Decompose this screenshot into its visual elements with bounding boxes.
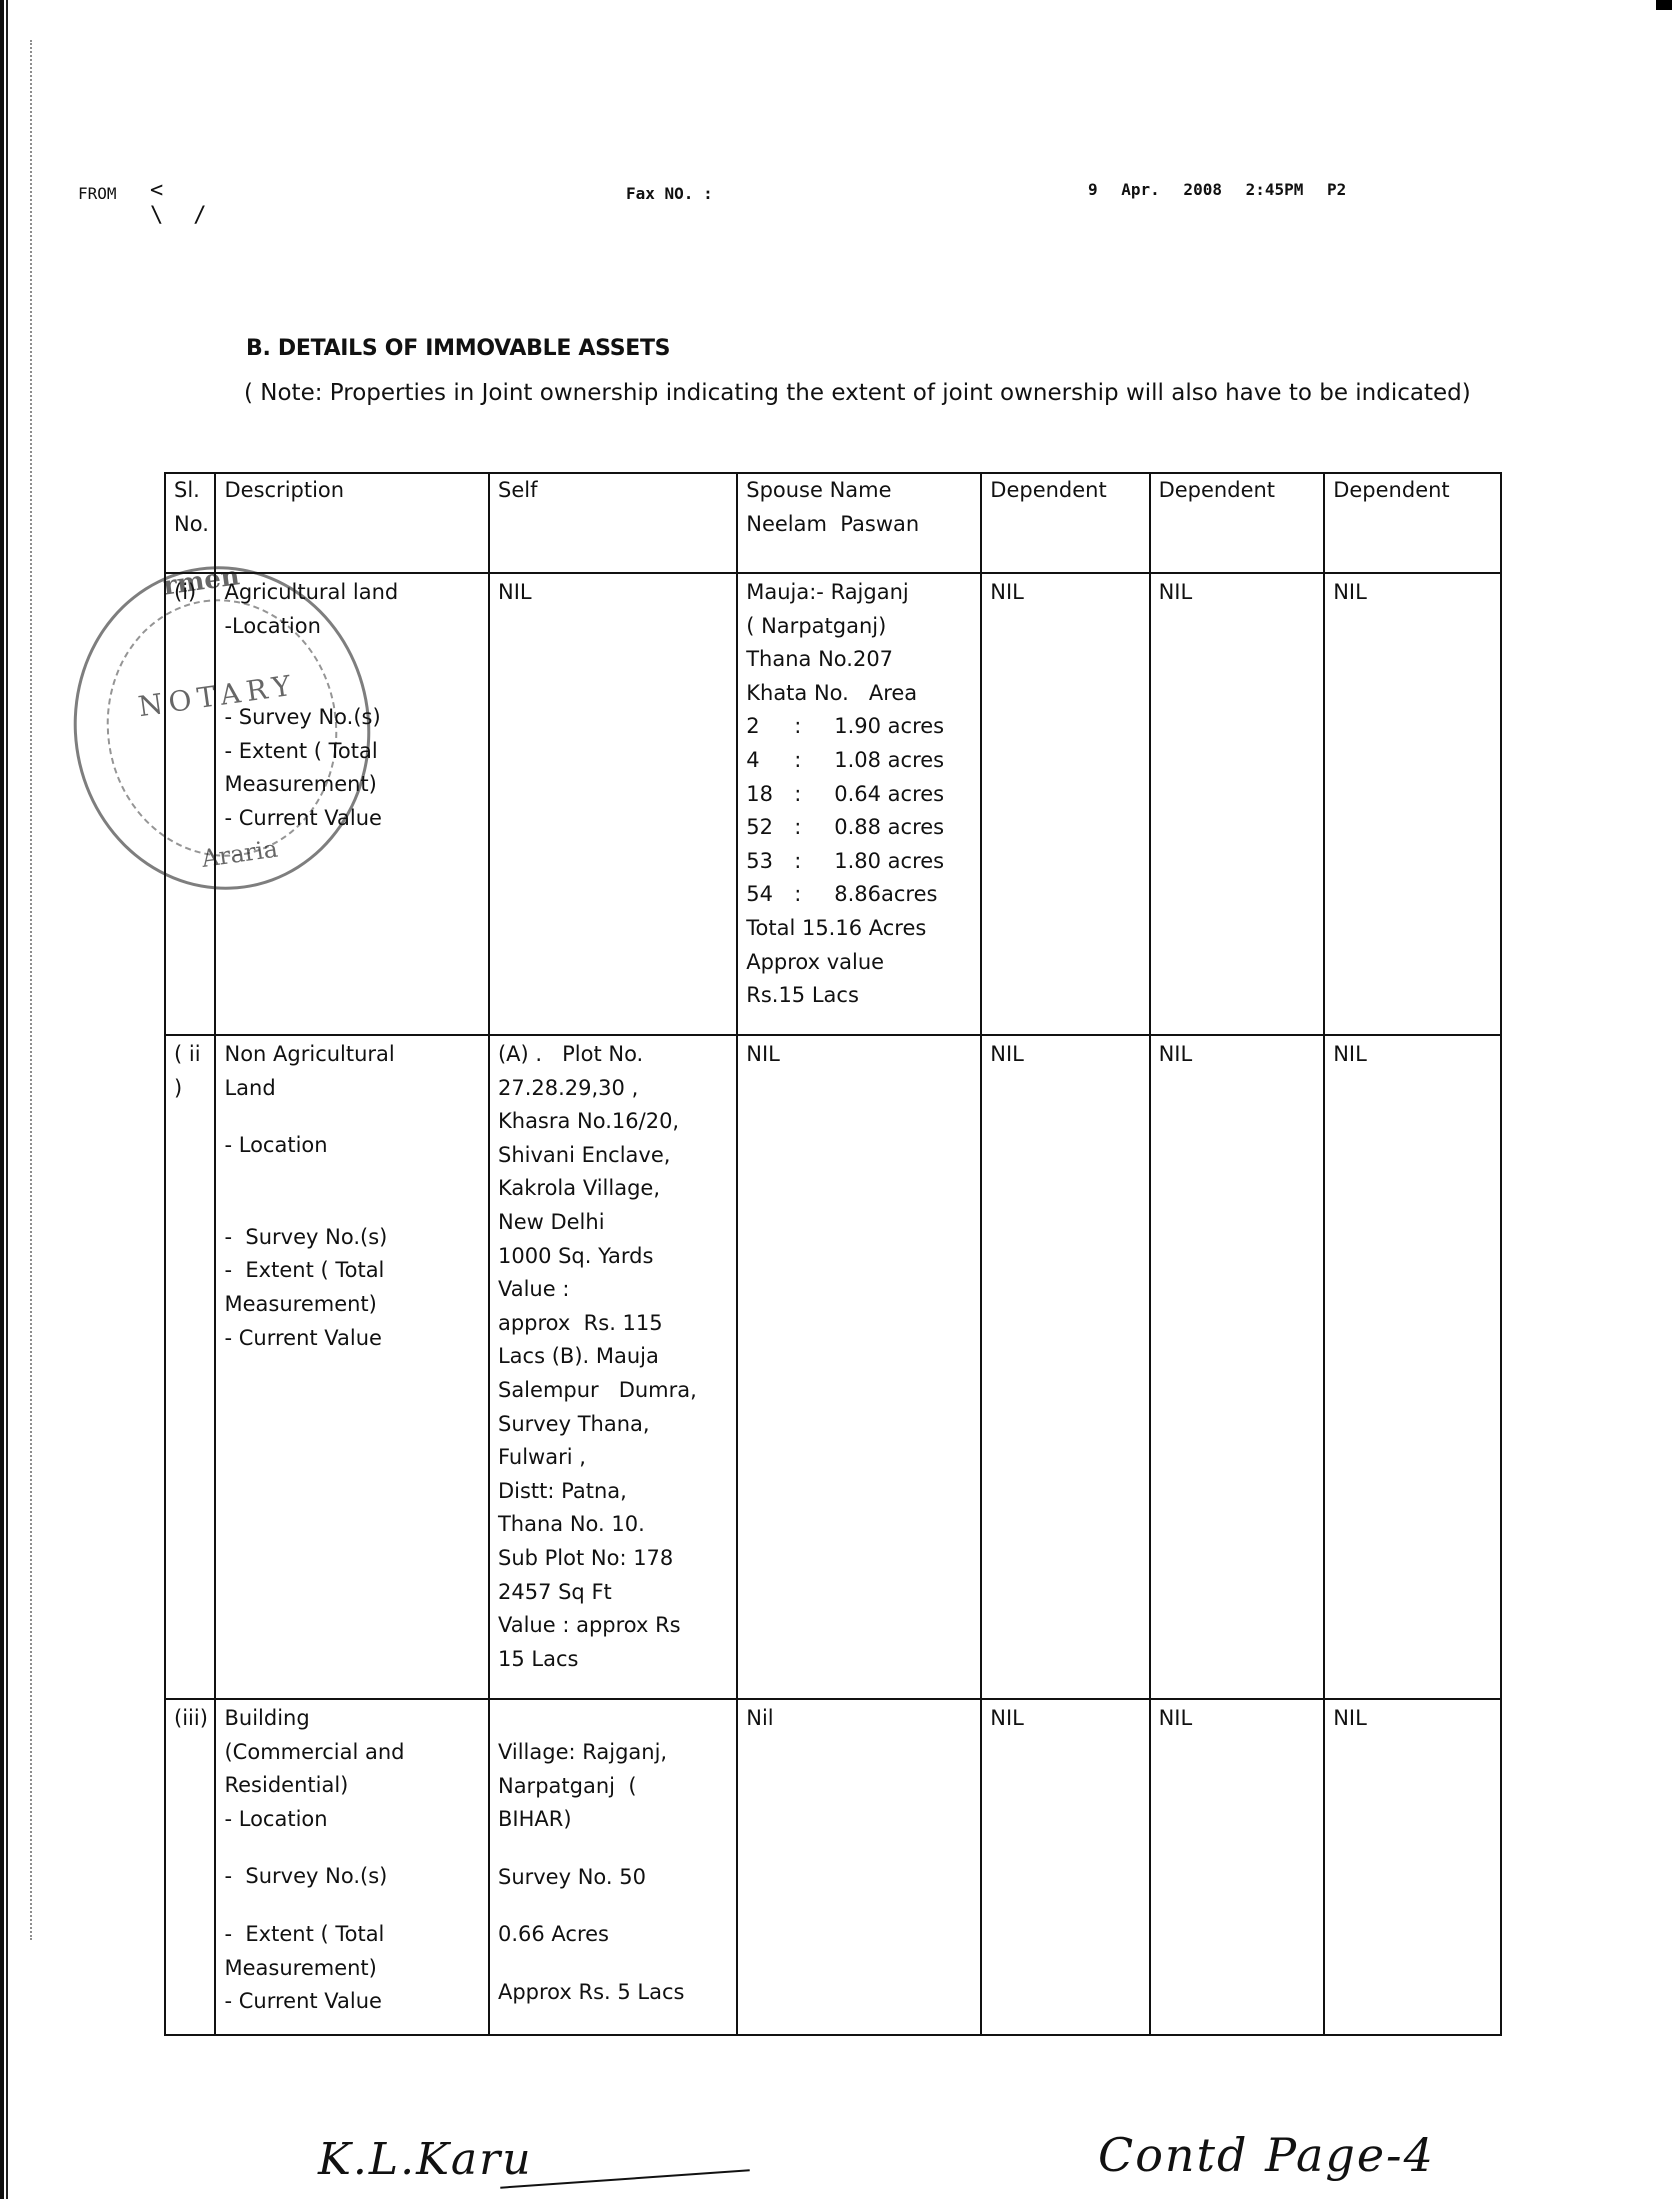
row-sl-no: ( ii ) xyxy=(165,1035,215,1699)
row-dependent-3: NIL xyxy=(1324,1699,1501,2035)
row-sl-no: (i) xyxy=(165,573,215,1035)
row-spouse: NIL xyxy=(737,1035,981,1699)
property-detail-line: Thana No. 10. xyxy=(498,1508,728,1542)
row-spouse: Nil xyxy=(737,1699,981,2035)
scan-edge xyxy=(0,0,4,2199)
row-description: Non Agricultural Land - Location - Surve… xyxy=(215,1035,489,1699)
header-dependent-1: Dependent xyxy=(981,473,1149,573)
table-header-row: Sl. No. Description Self Spouse Name Nee… xyxy=(165,473,1501,573)
property-detail-line: Shivani Enclave, xyxy=(498,1139,728,1173)
row-self: Village: Rajganj, Narpatganj ( BIHAR) Su… xyxy=(489,1699,737,2035)
table-row: ( ii ) Non Agricultural Land - Location … xyxy=(165,1035,1501,1699)
continued-page-note: Contd Page-4 xyxy=(1098,2128,1435,2182)
row-description: Agricultural land -Location - Survey No.… xyxy=(215,573,489,1035)
header-dependent-3: Dependent xyxy=(1324,473,1501,573)
property-detail-line: Kakrola Village, xyxy=(498,1172,728,1206)
immovable-assets-table: Sl. No. Description Self Spouse Name Nee… xyxy=(164,472,1502,2036)
scan-noise xyxy=(30,40,46,1940)
property-detail-line: Khasra No.16/20, xyxy=(498,1105,728,1139)
section-title: B. DETAILS OF IMMOVABLE ASSETS xyxy=(246,336,670,361)
row-self: (A) . Plot No.27.28.29,30 ,Khasra No.16/… xyxy=(489,1035,737,1699)
row-dependent-2: NIL xyxy=(1150,573,1325,1035)
row-sl-no: (iii) xyxy=(165,1699,215,2035)
property-detail-line: 15 Lacs xyxy=(498,1643,728,1677)
header-description: Description xyxy=(215,473,489,573)
khata-entry: 2:1.90 acres xyxy=(746,710,972,744)
row-dependent-3: NIL xyxy=(1324,573,1501,1035)
row-description: Building (Commercial and Residential) - … xyxy=(215,1699,489,2035)
signature-left: K.L.Karu xyxy=(318,2134,533,2185)
property-detail-line: 2457 Sq Ft xyxy=(498,1576,728,1610)
header-dependent-2: Dependent xyxy=(1150,473,1325,573)
row-dependent-1: NIL xyxy=(981,1035,1149,1699)
khata-entry: 4:1.08 acres xyxy=(746,744,972,778)
row-dependent-1: NIL xyxy=(981,573,1149,1035)
property-detail-line: (A) . Plot No. xyxy=(498,1038,728,1072)
property-detail-line: 1000 Sq. Yards xyxy=(498,1240,728,1274)
row-dependent-3: NIL xyxy=(1324,1035,1501,1699)
fax-phone-label: Fax NO. : xyxy=(626,184,713,203)
section-note: ( Note: Properties in Joint ownership in… xyxy=(244,376,1474,410)
table-row: (iii) Building (Commercial and Residenti… xyxy=(165,1699,1501,2035)
property-detail-line: Salempur Dumra, xyxy=(498,1374,728,1408)
row-self: NIL xyxy=(489,573,737,1035)
property-detail-line: approx Rs. 115 xyxy=(498,1307,728,1341)
property-detail-line: New Delhi xyxy=(498,1206,728,1240)
khata-area-list: 2:1.90 acres4:1.08 acres18:0.64 acres52:… xyxy=(746,710,972,912)
property-detail-line: Value : xyxy=(498,1273,728,1307)
row-dependent-2: NIL xyxy=(1150,1035,1325,1699)
fax-header: FROM < \/ Fax NO. : 9 Apr. 2008 2:45PM P… xyxy=(0,176,1672,206)
header-spouse: Spouse Name Neelam Paswan xyxy=(737,473,981,573)
property-detail-line: Survey Thana, xyxy=(498,1408,728,1442)
header-self: Self xyxy=(489,473,737,573)
signature-area: K.L.Karu Contd Page-4 xyxy=(0,2140,1672,2199)
property-detail-line: Fulwari , xyxy=(498,1441,728,1475)
property-detail-line: Distt: Patna, xyxy=(498,1475,728,1509)
khata-entry: 53:1.80 acres xyxy=(746,845,972,879)
row-spouse: Mauja:- Rajganj ( Narpatganj) Thana No.2… xyxy=(737,573,981,1035)
property-detail-line: Sub Plot No: 178 xyxy=(498,1542,728,1576)
self-property-details: (A) . Plot No.27.28.29,30 ,Khasra No.16/… xyxy=(498,1038,728,1676)
fax-from-label: FROM xyxy=(78,184,117,203)
khata-entry: 54:8.86acres xyxy=(746,878,972,912)
fax-date-stamp: 9 Apr. 2008 2:45PM P2 xyxy=(1088,180,1346,199)
khata-entry: 52:0.88 acres xyxy=(746,811,972,845)
scan-corner-mark xyxy=(1656,0,1672,10)
property-detail-line: Value : approx Rs xyxy=(498,1609,728,1643)
signature-underline xyxy=(500,2169,750,2188)
scan-edge-inner xyxy=(6,0,8,2199)
property-detail-line: 27.28.29,30 , xyxy=(498,1072,728,1106)
row-dependent-1: NIL xyxy=(981,1699,1149,2035)
table-row: (i) Agricultural land -Location - Survey… xyxy=(165,573,1501,1035)
header-sl-no: Sl. No. xyxy=(165,473,215,573)
property-detail-line: Lacs (B). Mauja xyxy=(498,1340,728,1374)
fax-from-mark: < \/ xyxy=(150,178,260,208)
khata-entry: 18:0.64 acres xyxy=(746,778,972,812)
row-dependent-2: NIL xyxy=(1150,1699,1325,2035)
